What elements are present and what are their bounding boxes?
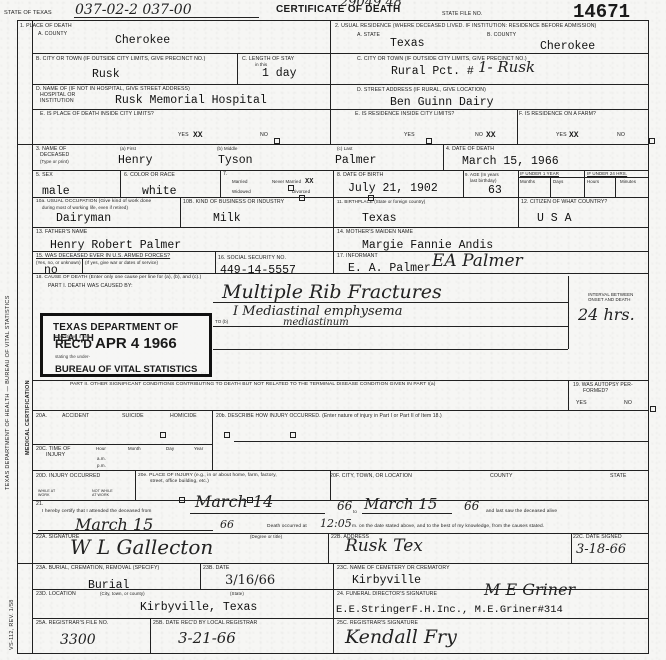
father-label: 13. FATHER'S NAME [36,230,87,235]
rule [328,533,329,563]
rule [333,197,334,227]
stamp-recd: REC'D [55,337,92,351]
suicide-checkbox[interactable] [224,432,230,438]
burial-date-label: 23b. DATE [203,566,229,571]
part2-label: PART II. OTHER SIGNIFICANT CONDITIONS CO… [70,383,435,388]
days-label: Days [553,180,563,184]
rule [333,563,334,589]
death-certificate: STATE OF TEXAS 037-02-2 037-00 CERTIFICA… [0,0,666,660]
middle-name-label: (b) Middle [217,147,238,151]
cause-label: 18. CAUSE OF DEATH (Enter only one cause… [36,276,201,281]
injury-county-label: COUNTY [490,474,513,479]
middle-name: Tyson [218,155,253,167]
day-label: Day [166,447,174,451]
rule [330,53,649,54]
county-label: a. COUNTY [38,32,67,37]
cemetery-label: 23c. NAME OF CEMETERY OR CREMATORY [337,566,450,571]
occupation-label-2: during most of working life, even if ret… [42,206,128,210]
injury-city-label: 20f. CITY, TOWN, OR LOCATION [330,474,412,479]
rule [38,530,213,531]
place-injury-label-2: street, office building, etc.) [150,480,209,485]
date-signed: 3-18-66 [576,543,626,556]
rule [212,410,213,470]
side-label-dept: TEXAS DEPARTMENT OF HEALTH — BUREAU OF V… [5,295,11,490]
death-occurred-label: Death occurred at [267,525,307,530]
stay-label: c. LENGTH OF STAY [242,57,294,62]
director-label: 24. FUNERAL DIRECTOR'S SIGNATURE [337,592,437,597]
stamp-date: APR 4 1966 [95,335,177,352]
length-of-stay: 1 day [262,68,297,80]
rule [32,251,649,252]
minutes-label: Minutes [620,180,636,184]
never-married-mark[interactable]: XX [305,178,313,186]
res-county-label: b. COUNTY [487,33,516,38]
citizen-label: 12. CITIZEN OF WHAT COUNTRY? [521,200,607,205]
date-of-birth: July 21, 1902 [348,183,438,195]
cert-on-date: March 15 [75,517,153,533]
hospital-label-3: INSTITUTION [40,99,74,104]
handwritten-code: 037-02-2 037-00 [75,3,192,17]
place-of-death-label: 1. PLACE OF DEATH [20,24,72,29]
rule [32,273,649,274]
marital-label: 7. [223,172,228,177]
occupation-value: Dairyman [56,213,111,225]
registrar-file-no: 3300 [60,633,96,647]
cert-text-3: m. on the date stated above, and to the … [352,525,544,530]
farm-no-checkbox[interactable] [649,138,655,144]
rule [32,109,330,110]
hours-label: Hours [587,180,599,184]
city-label: b. CITY OR TOWN (If outside city limits,… [36,57,205,62]
autopsy-yes-checkbox[interactable] [650,406,656,412]
state-label: STATE OF TEXAS [4,11,52,17]
first-name-label: (a) First [120,147,136,151]
degree-label: (Degree or title) [250,535,282,539]
side-label-form: VS-112, REV. 1/58 [9,599,15,650]
location-sub-2: (State) [230,592,244,596]
divorced-label: Divorced [292,190,310,194]
street-label: d. STREET ADDRESS (If rural, give locati… [357,88,486,93]
residence-label: 2. USUAL RESIDENCE (Where deceased lived… [335,24,596,29]
am-label: a.m. [97,457,106,461]
registrar-date: 3-21-66 [178,631,236,646]
accident-label: ACCIDENT [62,414,89,419]
rule [32,84,330,85]
res-state-label: a. STATE [357,33,380,38]
burial-date: 3/16/66 [225,574,275,587]
accident-checkbox[interactable] [160,432,166,438]
first-name: Henry [118,155,153,167]
cert-year-2: 66 [464,500,479,512]
cert-year-1: 66 [337,500,352,512]
rule [333,251,334,273]
industry-label: 10b. KIND OF BUSINESS OR INDUSTRY [183,200,284,205]
part1-label: PART I. DEATH WAS CAUSED BY: [48,284,133,289]
physician-signature: W L Gallecton [70,537,213,557]
name-label-3: (Type or print) [40,160,69,164]
rule [237,53,238,84]
time-injury-label-2: INJURY [46,453,65,458]
birthplace-label: 11. BIRTHPLACE (State or foreign country… [337,200,425,204]
date-signed-label: 22c. DATE SIGNED [573,535,622,540]
interval-label-2: ONSET AND DEATH [588,298,631,302]
never-married-label: Never Married [272,180,301,184]
under-day-label: IF UNDER 24 HRS. [587,172,627,176]
rule [443,144,444,170]
res-inside-label: e. IS RESIDENCE INSIDE CITY LIMITS? [355,112,454,117]
describe-injury-label: 20b. DESCRIBE HOW INJURY OCCURRED. (Ente… [216,414,442,419]
injury-state-label: STATE [610,474,626,479]
inside-limits-yes-label: YES [178,133,189,138]
res-inside-no-label: NO [475,133,483,138]
age-label-1: 9. AGE (In years [465,173,499,177]
death-county: Cherokee [115,35,170,47]
rule [32,444,212,445]
autopsy-label-2: FORMED? [583,389,608,394]
armed-forces-sub-1: (Yes, no, or unknown) [36,261,81,265]
hour-label: Hour [96,447,106,451]
rule [213,349,568,350]
received-stamp: TEXAS DEPARTMENT OF HEALTH Conditions, i… [40,313,212,377]
due-to-b: TO (b) [215,320,228,324]
rule [615,177,616,197]
cert-21-label: 21. [36,502,44,507]
suicide-label: SUICIDE [122,414,144,419]
res-county: Cherokee [540,41,595,53]
cert-to: to [353,510,357,514]
rule [32,227,649,228]
registrar-signature: Kendall Fry [345,628,457,647]
stamp-line3: BUREAU OF VITAL STATISTICS [55,364,197,375]
inner-left-rule [32,20,33,654]
res-state: Texas [390,38,425,50]
cert-from-date: March 14 [195,494,273,510]
rule [333,170,334,197]
farm-yes-label: YES [556,133,567,138]
race-value: white [142,186,177,198]
hospital-name: Rusk Memorial Hospital [115,95,267,107]
last-name-label: (c) Last [337,147,352,151]
rule [190,513,325,514]
farm-label: f. IS RESIDENCE ON A FARM? [519,112,596,117]
farm-yes-mark[interactable]: XX [569,131,579,140]
rule [213,302,568,303]
injury-occurred-label: 20d. INJURY OCCURRED [36,474,100,479]
death-city: Rusk [92,69,120,81]
age-value: 63 [488,185,502,197]
inside-limits-label: e. IS PLACE OF DEATH INSIDE CITY LIMITS? [40,112,154,117]
birth-label: 8. DATE OF BIRTH [337,173,383,178]
rule [120,170,121,197]
rule [220,170,221,197]
rule [463,170,464,197]
sex-label: 5. SEX [36,173,53,178]
birthplace-value: Texas [362,213,397,225]
street-address: Ben Guinn Dairy [390,97,494,109]
year-label: Year [194,447,203,451]
rule [32,197,649,198]
last-name: Palmer [335,155,376,167]
location-value: Kirbyville, Texas [140,602,257,614]
rule [135,470,136,500]
rule [584,170,585,197]
pm-label: p.m. [97,464,106,468]
interval-value: 24 hrs. [578,307,635,323]
handwritten-top: 29049 48 [340,0,402,9]
homicide-checkbox[interactable] [290,432,296,438]
mother-name: Margie Fannie Andis [362,240,493,252]
rule [213,326,568,327]
res-inside-yes-checkbox[interactable] [426,138,432,144]
month-label: Month [128,447,141,451]
location-label: 23d. LOCATION [36,592,76,597]
rule [362,513,452,514]
rule [180,197,181,227]
rule [32,470,649,471]
date-of-death: March 15, 1966 [462,156,559,168]
race-label: 6. COLOR OR RACE [124,173,175,178]
citizen-value: U S A [537,213,572,225]
code-underline [74,17,259,18]
res-city-handwritten: 1- Rusk [478,60,535,75]
rule [333,227,334,251]
rule [17,144,649,145]
rule [234,441,649,442]
rule [571,533,572,563]
armed-forces-label: 15. WAS DECEASED EVER IN U.S. ARMED FORC… [36,254,170,259]
months-label: Months [520,180,535,184]
res-inside-no-mark[interactable]: XX [486,131,496,140]
father-name: Henry Robert Palmer [50,240,181,252]
informant-signature: EA Palmer [432,253,523,270]
rule [32,410,649,411]
rule [330,109,649,110]
rule [32,380,649,381]
director-value: E.E.StringerF.H.Inc., M.E.Griner#314 [336,605,563,616]
armed-forces-sub-2: (If yes, give war or dates of service) [85,261,158,265]
label-20a: 20a. [36,414,47,419]
ssn-value: 449-14-5557 [220,265,296,277]
autopsy-no-label: NO [624,401,632,406]
res-inside-yes-label: YES [404,133,415,138]
rule [518,197,519,227]
rule [330,84,649,85]
rule [32,618,649,619]
date-of-death-label: 4. DATE OF DEATH [446,147,494,152]
industry-value: Milk [213,213,241,225]
registrar-date-label: 25b. DATE REC'D BY LOCAL REGISTRAR [153,621,257,626]
rule [200,563,201,589]
not-work-label: NOT WHILE AT WORK [92,490,118,497]
married-label: Married [232,180,248,184]
homicide-label: HOMICIDE [170,414,197,419]
cemetery-value: Kirbyville [352,575,421,587]
rule [333,589,334,618]
inside-limits-no-checkbox[interactable] [274,138,280,144]
death-time: 12:05 [320,518,352,529]
rule [518,170,519,197]
mother-label: 14. MOTHER'S MAIDEN NAME [337,230,413,235]
res-city-typed: Rural Pct. # [391,66,474,78]
inside-limits-yes-mark[interactable]: XX [193,131,203,140]
name-label-2: DECEASED [40,153,69,158]
inside-limits-no-label: NO [260,133,268,138]
informant-label: 17. INFORMANT [337,254,378,259]
cause-line-a: Multiple Rib Fractures [222,283,442,302]
widowed-label: Widowed [232,190,251,194]
physician-address: Rusk Tex [345,538,423,555]
ssn-label: 16. SOCIAL SECURITY NO. [218,256,286,261]
rule [550,177,551,197]
rule [517,109,518,144]
burial-label: 23a. BURIAL, CREMATION, REMOVAL (Specify… [36,566,159,571]
rule [568,380,569,410]
rule [333,618,334,654]
location-sub-1: (City, town, or county) [100,592,145,596]
rule [82,259,83,273]
cert-year-3: 66 [220,519,234,530]
while-work-label: WHILE AT WORK [38,490,56,497]
cert-text-2: and last saw the deceased alive [486,510,557,515]
registrar-file-label: 25a. REGISTRAR'S FILE NO. [36,621,108,626]
rule [568,276,569,349]
rule [150,618,151,654]
rule [215,251,216,273]
age-label-2: last birthday) [470,179,497,183]
under-year-label: IF UNDER 1 YEAR [520,172,559,176]
center-divider [330,20,331,145]
rule [32,53,330,54]
autopsy-yes-label: YES [576,401,587,406]
sex-value: male [42,186,70,198]
state-file-label: STATE FILE NO. [442,12,482,17]
farm-no-label: NO [617,133,625,138]
director-signature: M E Griner [484,582,575,598]
cert-to-date: March 15 [364,497,437,512]
